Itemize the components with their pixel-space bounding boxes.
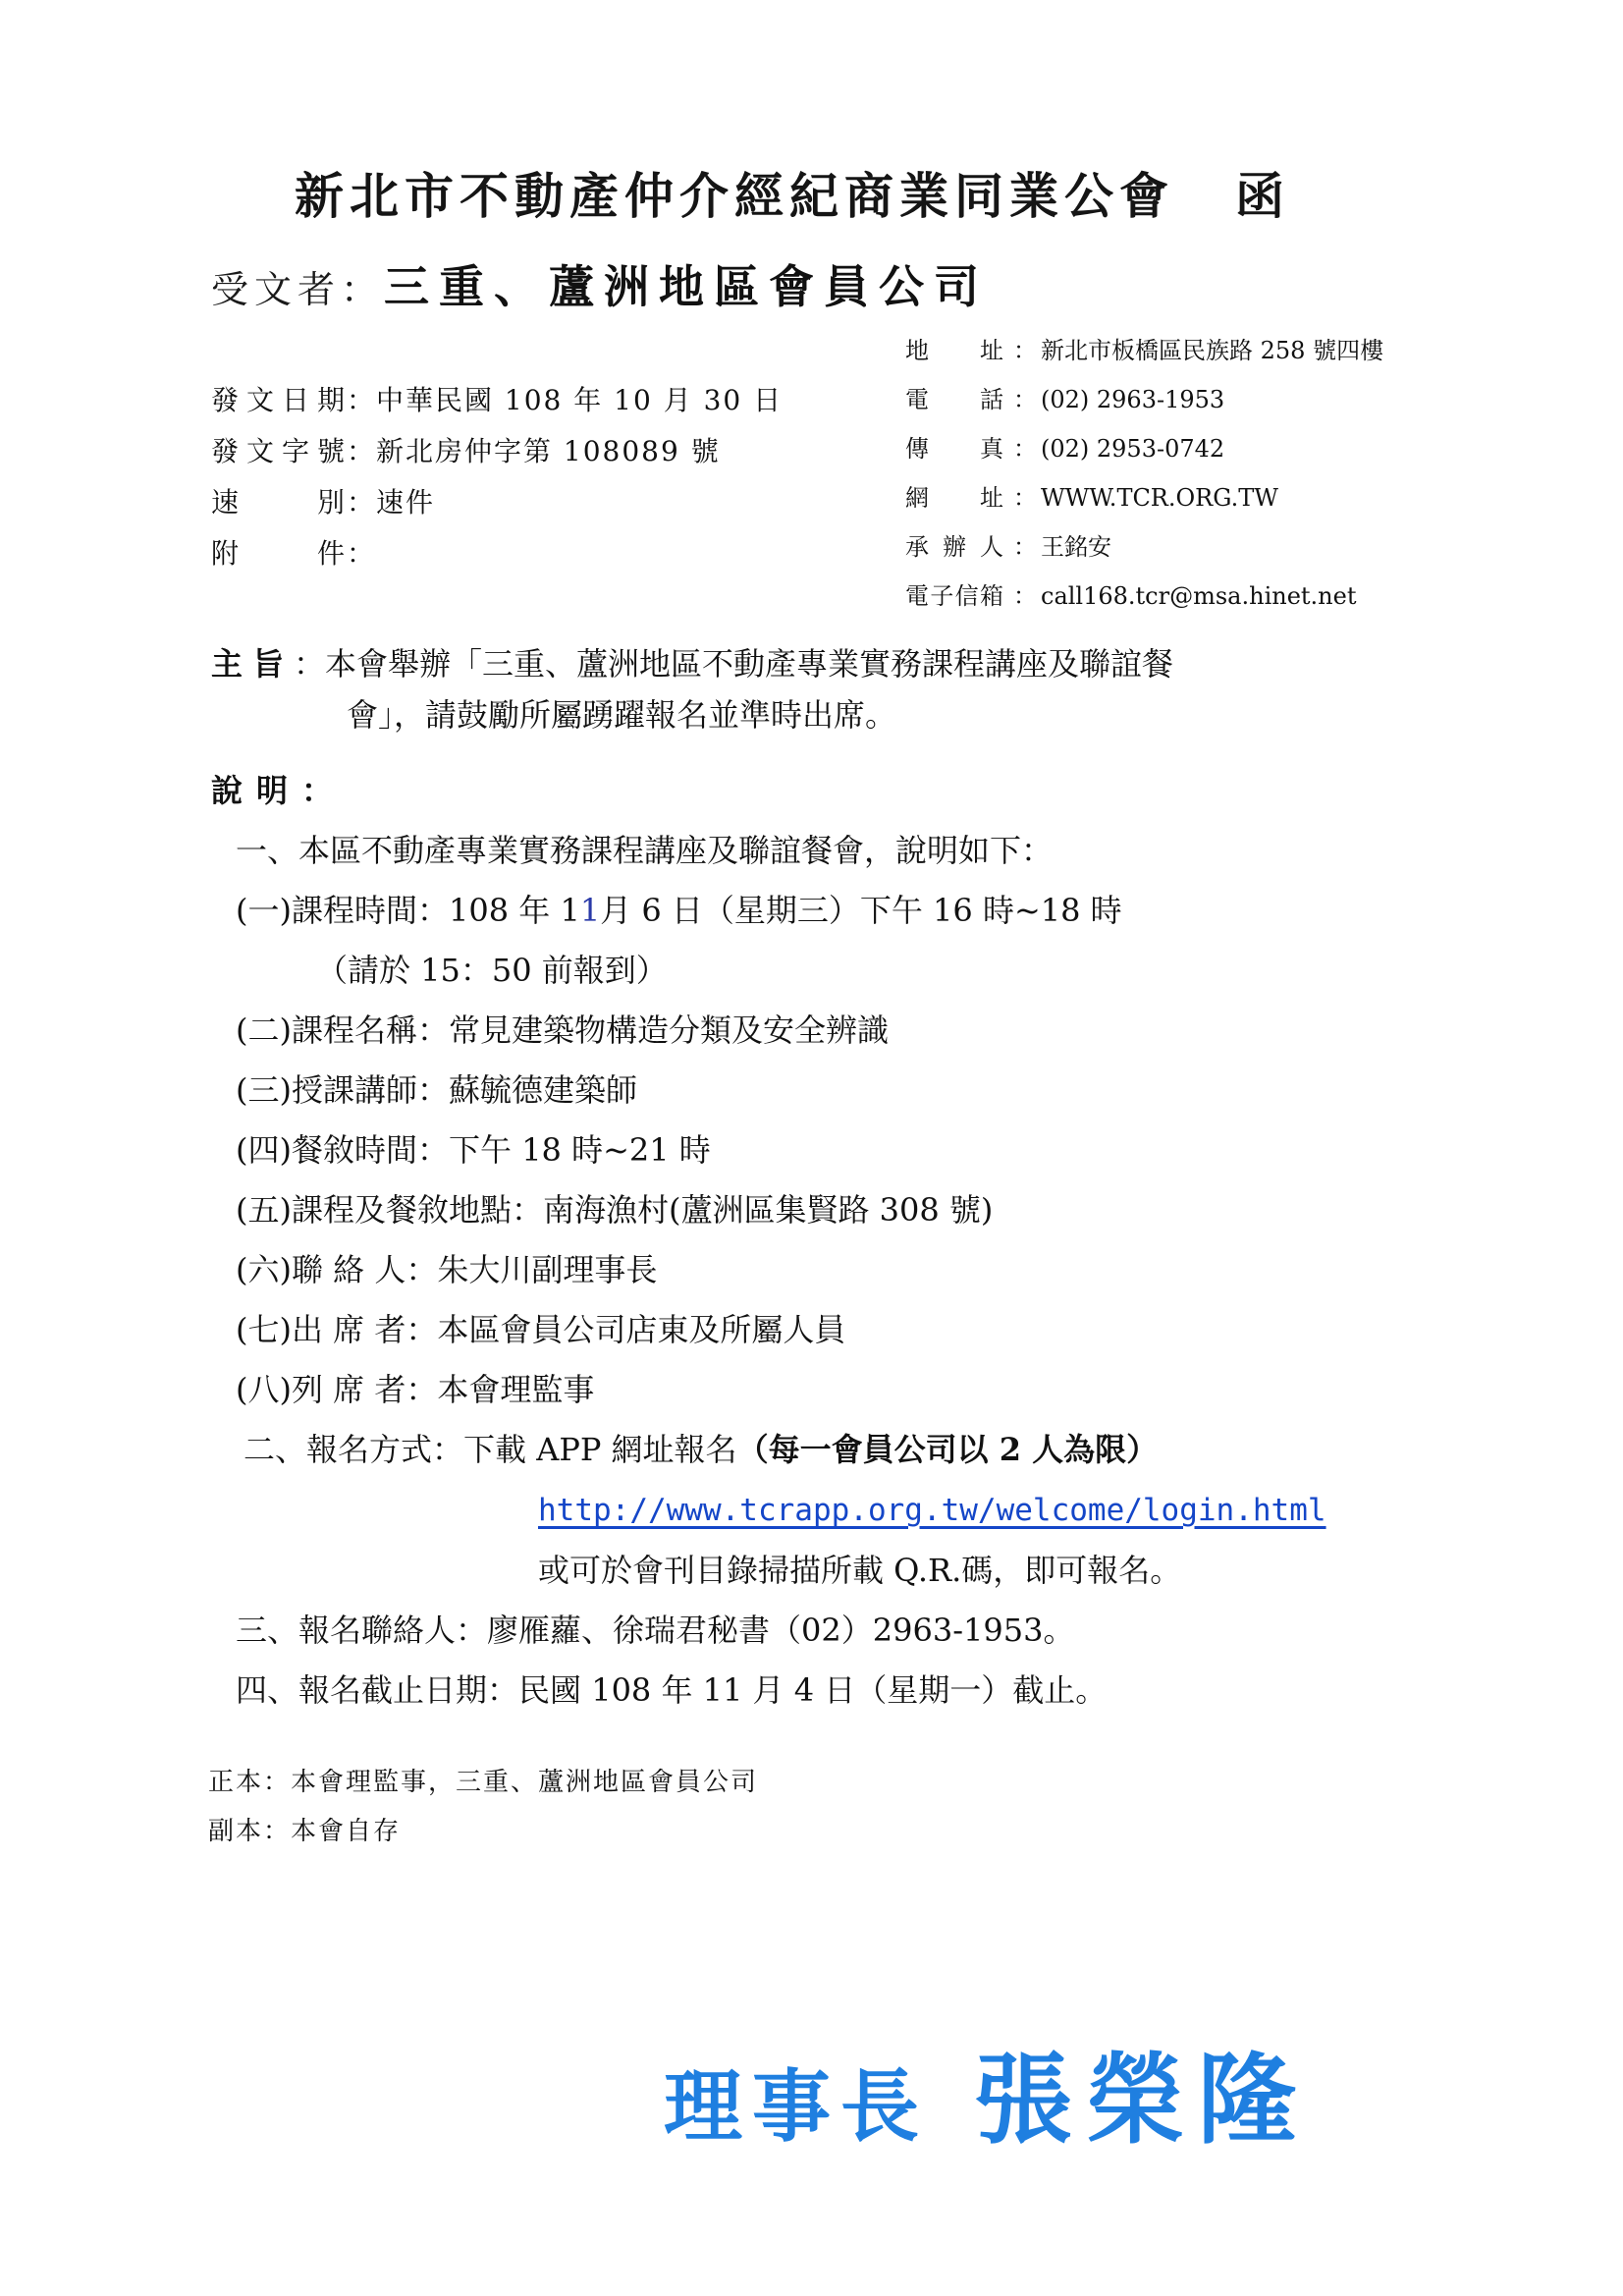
- subject-line-1: 本會舉辦「三重、蘆洲地區不動產專業實務課程講座及聯誼餐: [325, 645, 1173, 683]
- sender-phone: 電話：(02) 2963-1953: [905, 375, 1383, 424]
- org-name: 新北市不動產仲介經紀商業同業公會: [295, 168, 1174, 225]
- sender-key: 承辦人: [905, 522, 1003, 572]
- subitem-contact: (六)聯 絡 人：朱大川副理事長: [236, 1240, 1326, 1300]
- sender-key: 地址: [905, 326, 1003, 375]
- sender-handler: 承辦人：王銘安: [905, 522, 1383, 572]
- subitem-attendees: (七)出 席 者：本區會員公司店東及所屬人員: [236, 1300, 1326, 1360]
- sender-key: 傳真: [905, 424, 1003, 473]
- subitem-course-time: (一)課程時間：108 年 11月 6 日（星期三）下午 16 時~18 時: [236, 881, 1326, 941]
- sender-fax-value: (02) 2953-0742: [1041, 424, 1224, 473]
- subitem-observers: (八)列 席 者：本會理監事: [236, 1360, 1326, 1420]
- sender-address: 地址：新北市板橋區民族路 258 號四樓: [905, 326, 1383, 375]
- course-checkin-note: （請於 15：50 前報到）: [236, 941, 1326, 1001]
- signature-title: 理事長: [664, 2061, 929, 2153]
- distribution-copy: 副本：本會自存: [208, 1807, 758, 1856]
- document-meta: 發文日期：中華民國 108 年 10 月 30 日 發文字號：新北房仲字第 10…: [211, 375, 783, 579]
- explanation-body: 一、本區不動產專業實務課程講座及聯誼餐會，說明如下： (一)課程時間：108 年…: [236, 821, 1326, 1721]
- subject-label: 主旨: [211, 645, 294, 683]
- subitem-venue: (五)課程及餐敘地點：南海漁村(蘆洲區集賢路 308 號): [236, 1180, 1326, 1240]
- subject: 主旨：本會舉辦「三重、蘆洲地區不動產專業實務課程講座及聯誼餐 會」，請鼓勵所屬踴…: [211, 638, 1173, 740]
- urgency-value: 速件: [376, 477, 435, 528]
- sender-phone-value: (02) 2963-1953: [1041, 375, 1224, 424]
- registration-limit-note: （每一會員公司以 2 人為限）: [737, 1431, 1159, 1468]
- sender-fax: 傳真：(02) 2953-0742: [905, 424, 1383, 473]
- meta-attachment: 附件：: [211, 528, 783, 579]
- recipient-label: 受文者：: [211, 268, 384, 311]
- meta-urgency: 速別：速件: [211, 477, 783, 528]
- recipient: 受文者：三重、蘆洲地區會員公司: [211, 251, 989, 316]
- sender-website: 網址：WWW.TCR.ORG.TW: [905, 473, 1383, 522]
- subject-line-2: 會」，請鼓勵所屬踴躍報名並準時出席。: [211, 689, 1173, 740]
- sender-key: 電子信箱: [905, 572, 1003, 621]
- sender-address-value: 新北市板橋區民族路 258 號四樓: [1041, 326, 1383, 375]
- issue-date-value: 中華民國 108 年 10 月 30 日: [376, 375, 783, 426]
- item-3-contact: 三、報名聯絡人：廖雁蘿、徐瑞君秘書（02）2963-1953。: [236, 1601, 1326, 1661]
- sender-key: 網址: [905, 473, 1003, 522]
- sender-handler-value: 王銘安: [1041, 522, 1111, 572]
- subitem-dinner-time: (四)餐敘時間：下午 18 時~21 時: [236, 1121, 1326, 1180]
- sender-info: 地址：新北市板橋區民族路 258 號四樓 電話：(02) 2963-1953 傳…: [905, 326, 1383, 621]
- chairman-signature-stamp: 理事長張榮隆: [664, 2021, 1310, 2162]
- signature-name: 張榮隆: [974, 2043, 1310, 2158]
- sender-email-value: call168.tcr@msa.hinet.net: [1041, 572, 1356, 621]
- subitem-lecturer: (三)授課講師：蘇毓德建築師: [236, 1061, 1326, 1121]
- registration-link[interactable]: http://www.tcrapp.org.tw/welcome/login.h…: [538, 1493, 1326, 1528]
- recipient-value: 三重、蘆洲地區會員公司: [384, 260, 989, 313]
- subitem-course-name: (二)課程名稱：常見建築物構造分類及安全辨識: [236, 1001, 1326, 1061]
- qr-code-alt-text: 或可於會刊目錄掃描所載 Q.R.碼，即可報名。: [236, 1541, 1326, 1601]
- doc-number-value: 新北房仲字第 108089 號: [376, 426, 721, 477]
- doc-kind: 函: [1235, 168, 1290, 225]
- meta-doc-number: 發文字號：新北房仲字第 108089 號: [211, 426, 783, 477]
- meta-issue-date: 發文日期：中華民國 108 年 10 月 30 日: [211, 375, 783, 426]
- handwritten-correction: 1: [580, 892, 600, 929]
- item-4-deadline: 四、報名截止日期：民國 108 年 11 月 4 日（星期一）截止。: [236, 1661, 1326, 1721]
- sender-key: 電話: [905, 375, 1003, 424]
- sender-email: 電子信箱：call168.tcr@msa.hinet.net: [905, 572, 1383, 621]
- item-2-registration: 二、報名方式：下載 APP 網址報名（每一會員公司以 2 人為限）: [236, 1420, 1326, 1480]
- distribution-original: 正本：本會理監事，三重、蘆洲地區會員公司: [208, 1758, 758, 1807]
- item-1-heading: 一、本區不動產專業實務課程講座及聯誼餐會，說明如下：: [236, 821, 1326, 881]
- sender-website-value: WWW.TCR.ORG.TW: [1041, 473, 1278, 522]
- explanation-label: 說明：: [211, 766, 347, 811]
- distribution: 正本：本會理監事，三重、蘆洲地區會員公司 副本：本會自存: [208, 1758, 758, 1856]
- document-title: 新北市不動產仲介經紀商業同業公會函: [295, 157, 1290, 228]
